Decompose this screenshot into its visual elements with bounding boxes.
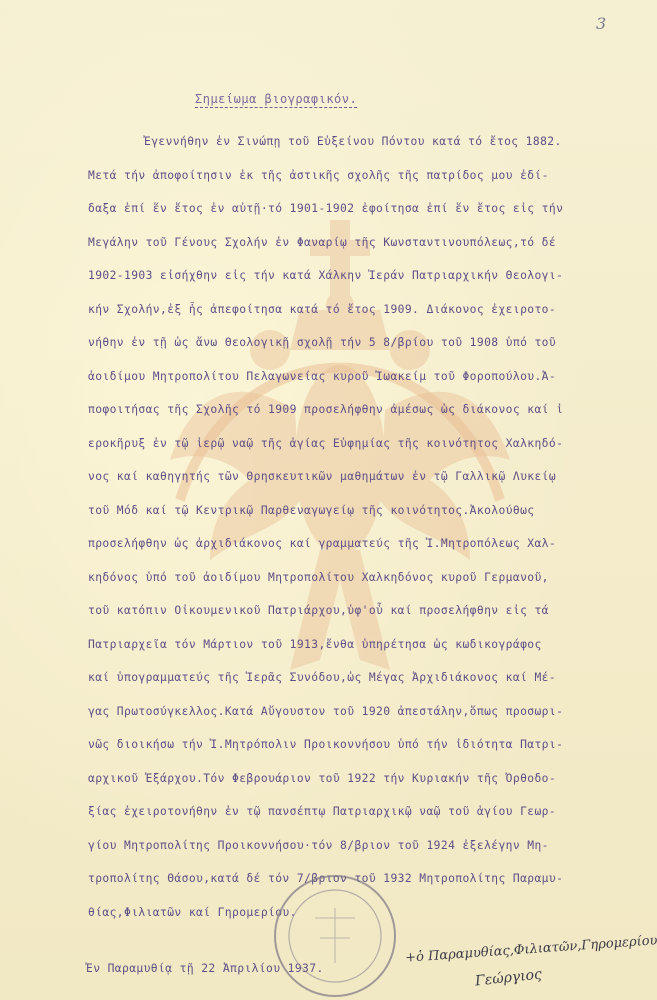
body-line: ἀοιδίμου Μητροπολίτου Πελαγωνείας κυροῦ … [88, 370, 656, 404]
body-line: Πατριαρχεῖα τόν Μάρτιον τοῦ 1913,ἔνθα ὑπ… [88, 638, 656, 672]
body-line: 1902-1903 εἰσήχθην εἰς τήν κατά Χάλκην Ἱ… [88, 269, 656, 303]
body-line: Ἐγεννήθην ἐν Σινώπῃ τοῦ Εὐξείνου Πόντου … [88, 135, 656, 169]
body-line: δαξα ἐπί ἕν ἔτος ἐν αὐτῇ·τό 1901-1902 ἐφ… [88, 202, 656, 236]
body-line: γας Πρωτοσύγκελλος.Κατά Αὔγουστον τοῦ 19… [88, 705, 656, 739]
body-line: γίου Μητροπολίτης Προικοννήσου·τόν 8/βρι… [88, 839, 656, 873]
body-line: κήν Σχολήν,ἐξ ἧς ἀπεφοίτησα κατά τό ἔτος… [88, 303, 656, 337]
page-number: 3 [596, 14, 606, 33]
official-stamp-icon [270, 868, 400, 1000]
body-line: αρχικοῦ Ἐξάρχου.Τόν Φεβρουάριον τοῦ 1922… [88, 772, 656, 806]
body-line: κηδόνος ὑπό τοῦ ἀοιδίμου Μητροπολίτου Χα… [88, 571, 656, 605]
body-line: ποφοιτήσας τῆς Σχολῆς τό 1909 προσελήφθη… [88, 403, 656, 437]
document-title: Σημείωμα βιογραφικόν. [195, 92, 357, 108]
body-line: νῶς διοικήσω τήν Ἱ.Μητρόπολιν Προικοννήσ… [88, 738, 656, 772]
body-line: νος καί καθηγητής τῶν Θρησκευτικῶν μαθημ… [88, 470, 656, 504]
body-line: προσελήφθην ὡς ἀρχιδιάκονος καί γραμματε… [88, 537, 656, 571]
body-line: τοῦ κατόπιν Οἰκουμενικοῦ Πατριάρχου,ὑφ'ο… [88, 604, 656, 638]
body-line: εροκῆρυξ ἐν τῷ ἱερῷ ναῷ τῆς ἁγίας Εὐφημί… [88, 437, 656, 471]
body-line: καί ὑπογραμματεύς τῆς Ἱερᾶς Συνόδου,ὡς Μ… [88, 671, 656, 705]
body-line: νήθην ἐν τῇ ὡς ἄνω Θεολογικῇ σχολῇ τήν 5… [88, 336, 656, 370]
body-line: Μεγάλην τοῦ Γένους Σχολήν ἐν Φαναρίῳ τῆς… [88, 236, 656, 270]
signature-name: Γεώργιος [474, 967, 542, 990]
body-line: ξίας ἐχειροτονήθην ἐν τῷ πανσέπτῳ Πατρια… [88, 805, 656, 839]
document-page: 3 Σημείωμα βιογραφικόν. Ἐγεννήθην ἐν Σιν… [0, 0, 657, 1000]
body-line: Μετά τήν ἀποφοίτησιν ἐκ τῆς ἀστικῆς σχολ… [88, 169, 656, 203]
document-body: Ἐγεννήθην ἐν Σινώπῃ τοῦ Εὐξείνου Πόντου … [88, 135, 656, 939]
body-line: τοῦ Μόδ καί τῷ Κεντρικῷ Παρθεναγωγείῳ τῆ… [88, 504, 656, 538]
